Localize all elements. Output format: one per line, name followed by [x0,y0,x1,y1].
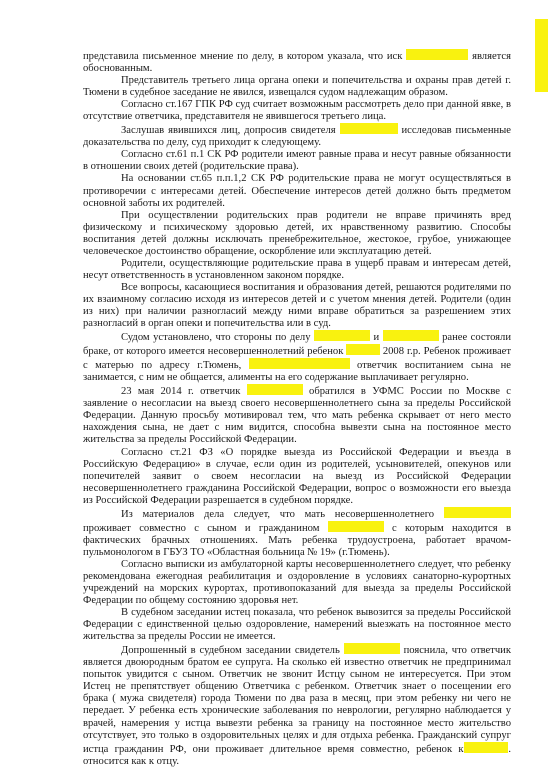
paragraph-3: Согласно ст.167 ГПК РФ суд считает возмо… [83,99,511,123]
redaction-mark [249,358,350,369]
paragraph-8: Родители, осуществляющие родительские пр… [83,258,511,282]
paragraph-text: Заслушав явившихся лиц, допросив свидете… [121,125,340,136]
paragraph-9: Все вопросы, касающиеся воспитания и обр… [83,282,511,330]
redaction-mark [247,384,303,395]
paragraph-15: В судебном заседании истец показала, что… [83,607,511,643]
redaction-mark [444,507,511,518]
redaction-mark [383,330,439,341]
redaction-mark [406,49,468,60]
paragraph-13: Из материалов дела следует, что мать нес… [83,507,511,559]
paragraph-14: Согласно выписки из амбулаторной карты н… [83,559,511,607]
paragraph-1: представила письменное мнение по делу, в… [83,49,511,75]
paragraph-2: Представитель третьего лица органа опеки… [83,75,511,99]
paragraph-6: На основании ст.65 п.п.1,2 СК РФ родител… [83,173,511,209]
redaction-mark [340,123,398,134]
paragraph-11: 23 мая 2014 г. ответчик обратился в УФМС… [83,384,511,446]
paragraph-4: Заслушав явившихся лиц, допросив свидете… [83,123,511,149]
paragraph-5: Согласно ст.61 п.1 СК РФ родители имеют … [83,149,511,173]
paragraph-text: представила письменное мнение по делу, в… [83,51,406,62]
paragraph-16: Допрошенный в судебном заседании свидете… [83,643,511,767]
paragraph-12: Согласно ст.21 ФЗ «О порядке выезда из Р… [83,447,511,507]
paragraph-7: При осуществлении родительских прав роди… [83,210,511,258]
redaction-mark [328,521,384,532]
redaction-margin-bar [535,19,548,92]
redaction-mark [344,643,400,654]
paragraph-10: Судом установлено, что стороны по делу и… [83,330,511,384]
redaction-mark [464,742,509,753]
redaction-mark [314,330,370,341]
document-page: представила письменное мнение по делу, в… [83,49,511,768]
redaction-mark [346,344,380,355]
